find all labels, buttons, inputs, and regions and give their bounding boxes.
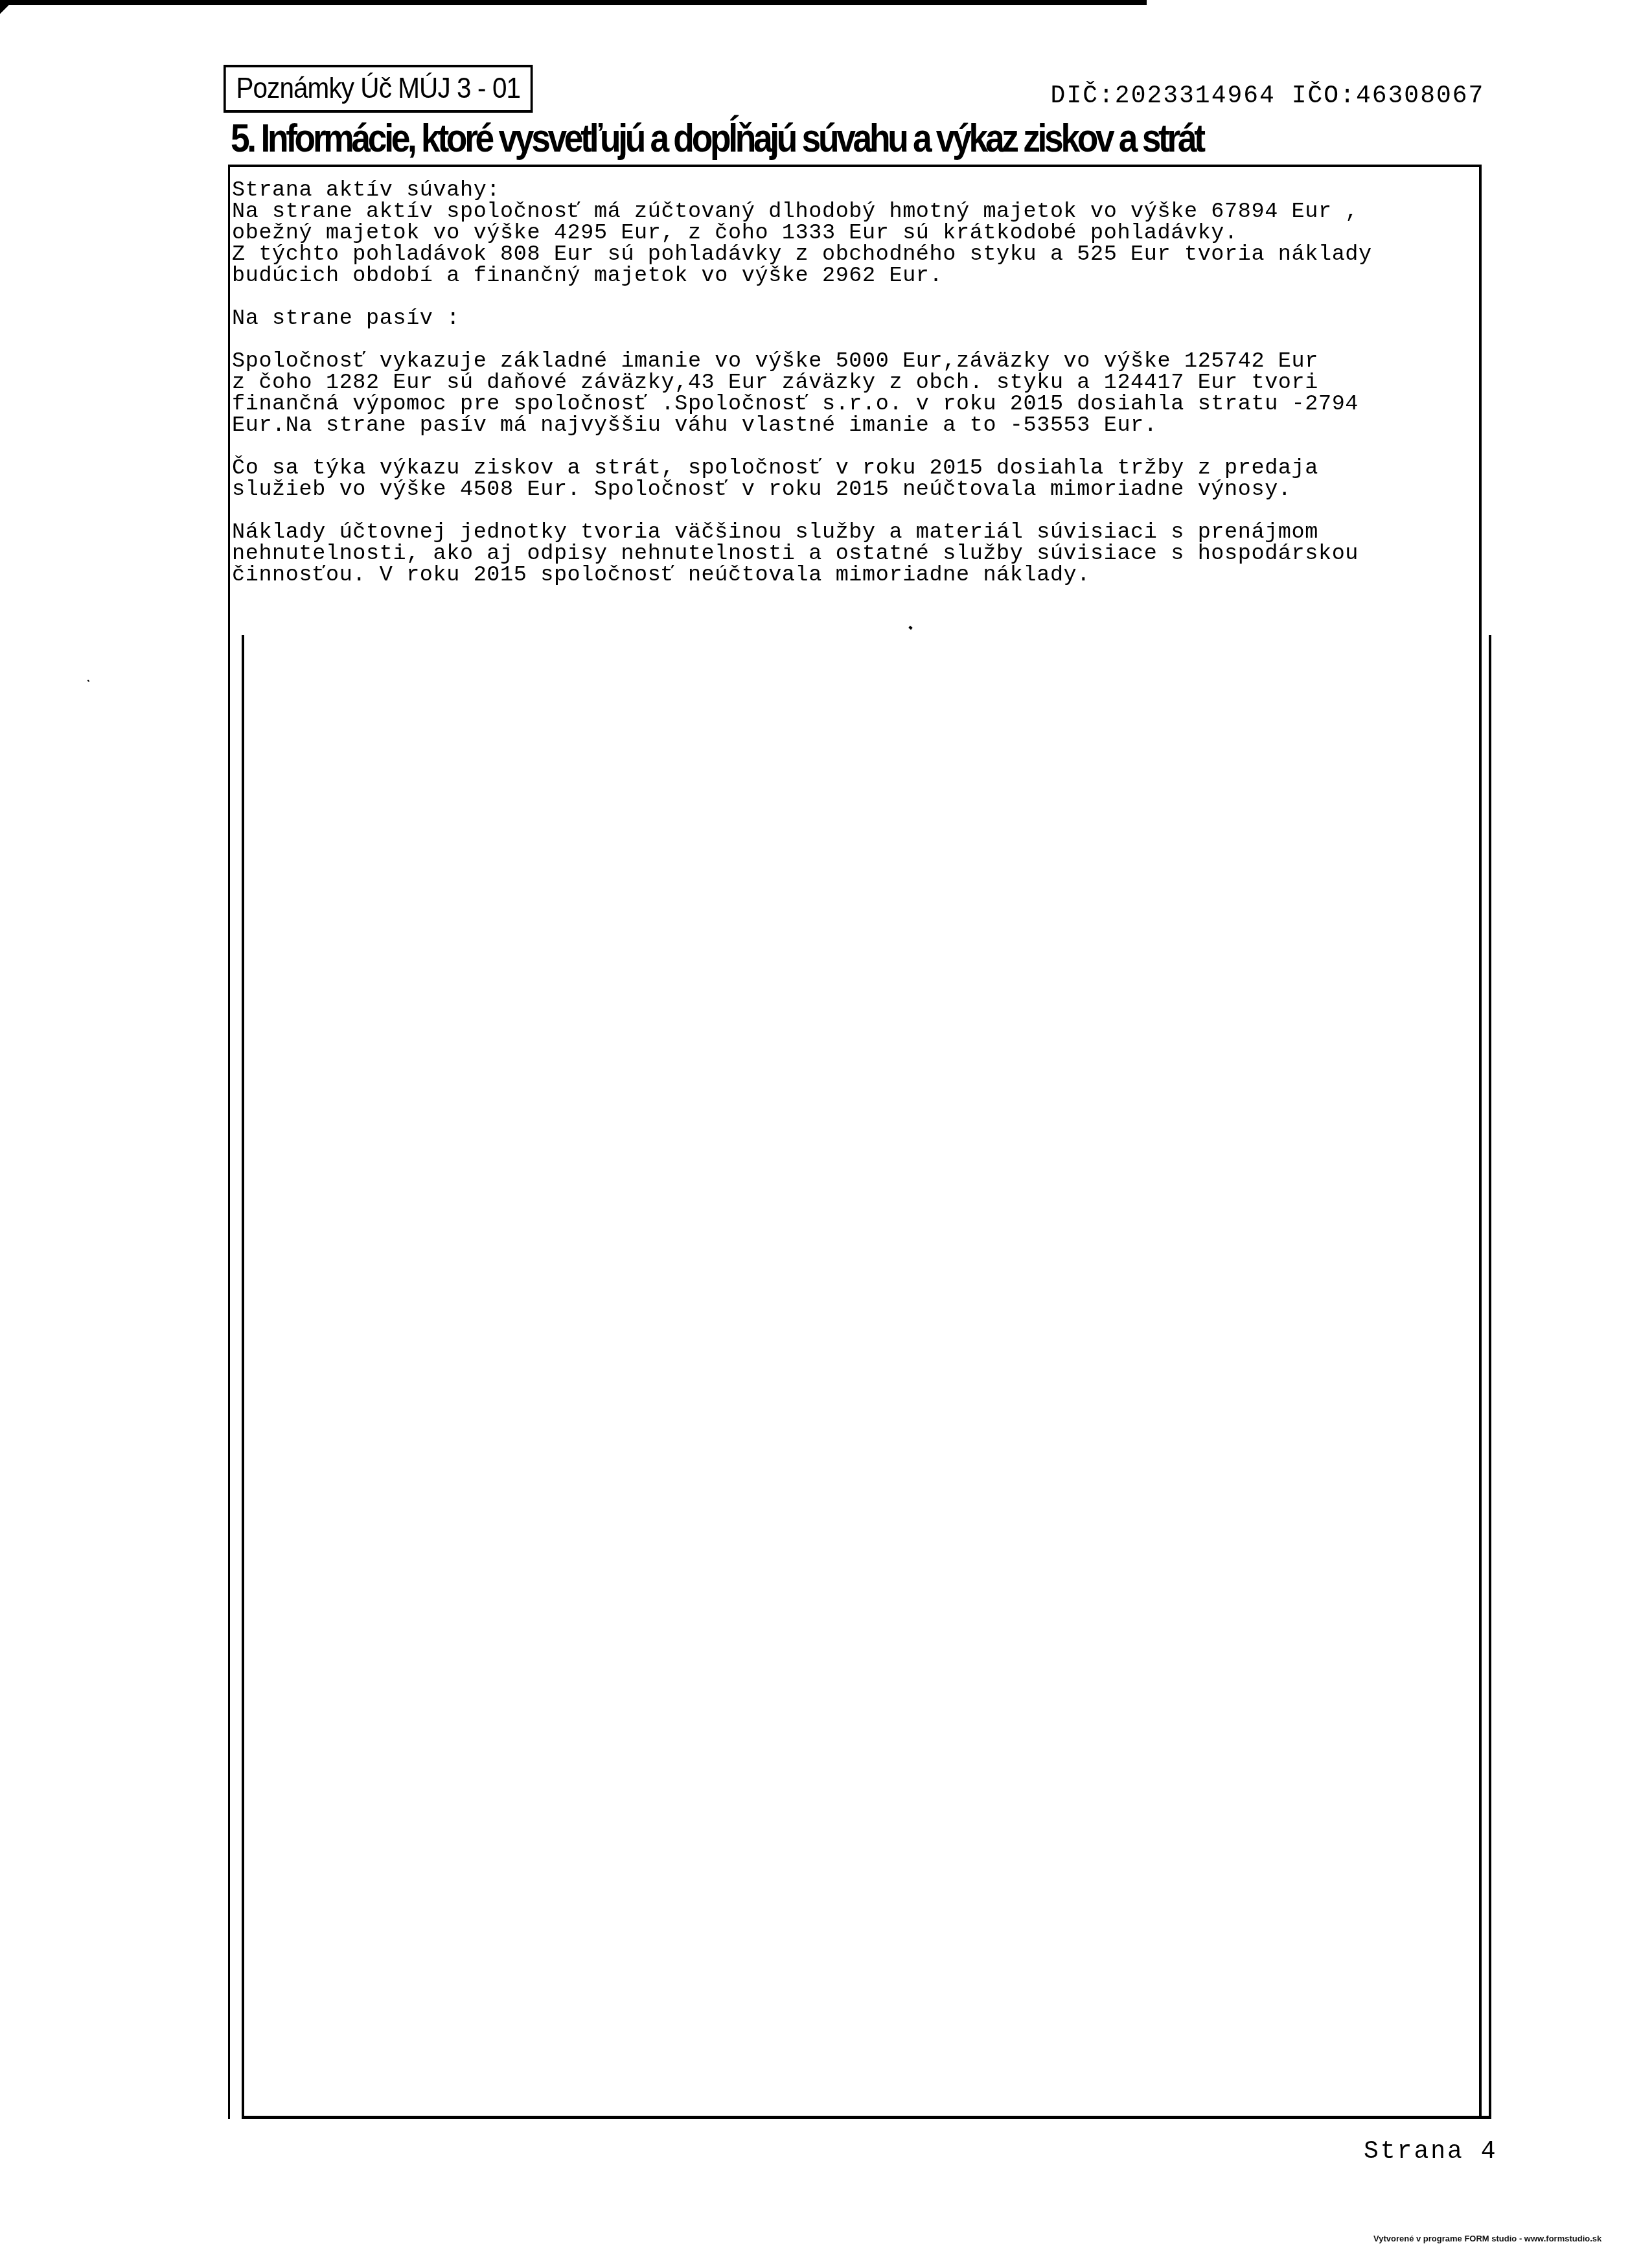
notes-line: služieb vo výške 4508 Eur. Spoločnosť v … <box>232 479 1479 501</box>
notes-text-block: Strana aktív súvahy: Na strane aktív spo… <box>232 180 1479 586</box>
notes-line: budúcich období a finančný majetok vo vý… <box>232 266 1479 287</box>
notes-line: obežný majetok vo výške 4295 Eur, z čoho… <box>232 223 1479 244</box>
ico-label: IČO <box>1292 82 1340 110</box>
line-gap <box>232 437 1479 458</box>
footer-credit: Vytvorené v programe FORM studio - www.f… <box>1373 2234 1601 2243</box>
scan-speck <box>87 680 90 682</box>
notes-line: Na strane pasív : <box>232 308 1479 330</box>
notes-line: Z týchto pohladávok 808 Eur sú pohladávk… <box>232 244 1479 266</box>
notes-line: Strana aktív súvahy: <box>232 180 1479 201</box>
tax-ids: DIČ:2023314964 IČO:46308067 <box>1018 54 1484 110</box>
notes-line: finančná výpomoc pre spoločnosť .Spoločn… <box>232 394 1479 415</box>
line-gap <box>232 330 1479 351</box>
scan-edge-corner <box>0 0 19 19</box>
section-title: 5. Informácie, ktoré vysvetľujú a dopĺňa… <box>231 115 1203 161</box>
line-gap <box>232 501 1479 522</box>
notes-line: Čo sa týka výkazu ziskov a strát, spoloč… <box>232 458 1479 479</box>
notes-line: Eur.Na strane pasív má najvyššiu váhu vl… <box>232 415 1479 437</box>
notes-line: činnosťou. V roku 2015 spoločnosť neúčto… <box>232 565 1479 586</box>
notes-line: Na strane aktív spoločnosť má zúčtovaný … <box>232 201 1479 223</box>
ico-value: 46308067 <box>1356 82 1484 110</box>
line-gap <box>232 287 1479 308</box>
dic-label: DIČ <box>1051 82 1099 110</box>
notes-line: nehnutelnosti, ako aj odpisy nehnutelnos… <box>232 544 1479 565</box>
page-number: Strana 4 <box>1364 2138 1497 2166</box>
notes-box-frame-lower <box>242 635 1491 2119</box>
form-id-label: Poznámky Úč MÚJ 3 - 01 <box>236 73 520 105</box>
dic-value: 2023314964 <box>1115 82 1276 110</box>
notes-line: z čoho 1282 Eur sú daňové záväzky,43 Eur… <box>232 372 1479 394</box>
form-id-box: Poznámky Úč MÚJ 3 - 01 <box>224 65 533 113</box>
notes-line: Spoločnosť vykazuje základné imanie vo v… <box>232 351 1479 372</box>
scan-edge-bar <box>0 0 1147 5</box>
notes-line: Náklady účtovnej jednotky tvoria väčšino… <box>232 522 1479 544</box>
